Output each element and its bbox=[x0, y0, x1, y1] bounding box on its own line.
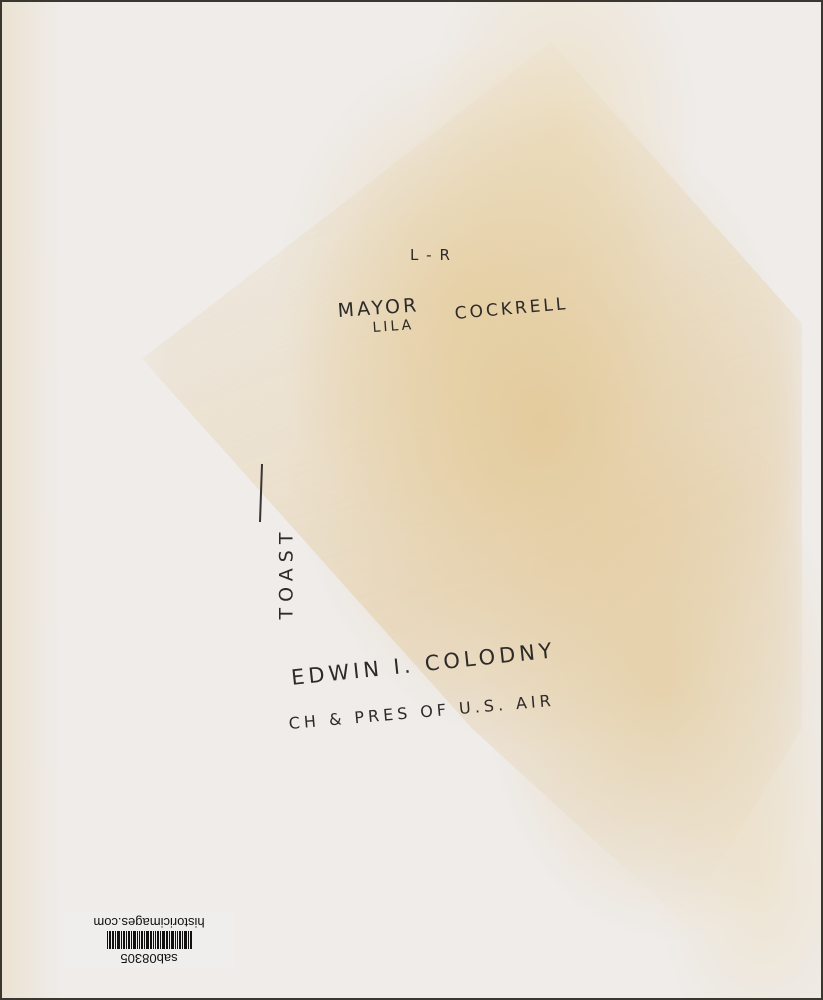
label-site: historicimages.com bbox=[93, 915, 204, 929]
annotation-left-to-right: L-R bbox=[410, 246, 458, 264]
label-code: sab08305 bbox=[120, 951, 177, 965]
annotation-mayor-first-name: LILA bbox=[372, 317, 415, 336]
barcode-label: sab08305 historicimages.com bbox=[64, 912, 234, 968]
stain-gradient bbox=[2, 2, 821, 998]
photo-back-paper: L-R MAYOR LILA COCKRELL TOAST EDWIN I. C… bbox=[2, 2, 821, 998]
annotation-event: TOAST bbox=[275, 527, 297, 620]
barcode-icon bbox=[106, 931, 192, 949]
